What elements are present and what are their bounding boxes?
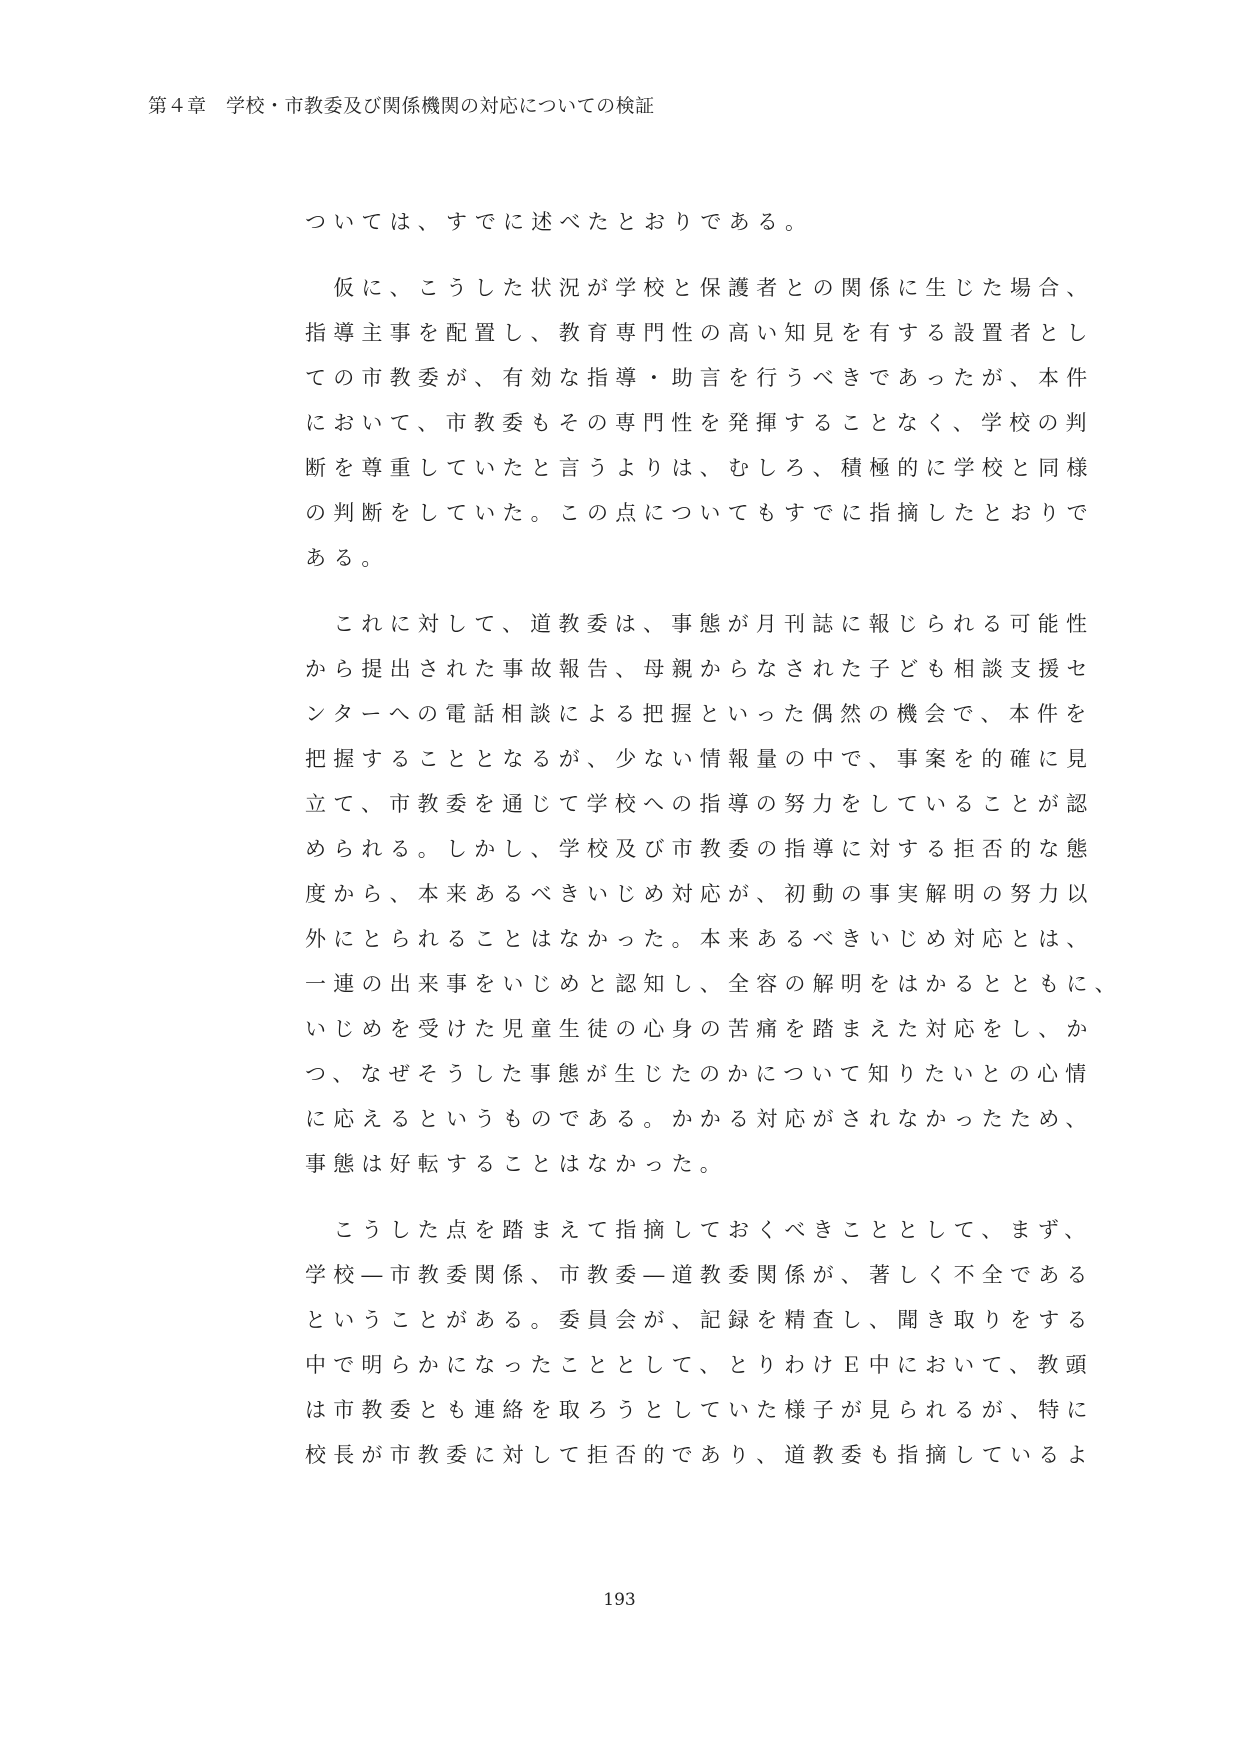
text-line: いじめを受けた児童生徒の心身の苦痛を踏まえた対応をし、か: [305, 1007, 1065, 1052]
paragraph-3: これに対して、道教委は、事態が月刊誌に報じられる可能性 から提出された事故報告、…: [305, 602, 1065, 1187]
text-line: ての市教委が、有効な指導・助言を行うべきであったが、本件: [305, 356, 1065, 401]
text-line: 指導主事を配置し、教育専門性の高い知見を有する設置者とし: [305, 311, 1065, 356]
text-line: こうした点を踏まえて指摘しておくべきこととして、まず、: [305, 1208, 1065, 1253]
text-line: 仮に、こうした状況が学校と保護者との関係に生じた場合、: [305, 266, 1065, 311]
text-line: 校長が市教委に対して拒否的であり、道教委も指摘しているよ: [305, 1433, 1065, 1478]
text-line: 外にとられることはなかった。本来あるべきいじめ対応とは、: [305, 917, 1065, 962]
text-line: に応えるというものである。かかる対応がされなかったため、: [305, 1097, 1065, 1142]
text-line: は市教委とも連絡を取ろうとしていた様子が見られるが、特に: [305, 1388, 1065, 1433]
paragraph-4: こうした点を踏まえて指摘しておくべきこととして、まず、 学校―市教委関係、市教委…: [305, 1208, 1065, 1478]
text-line: ということがある。委員会が、記録を精査し、聞き取りをする: [305, 1298, 1065, 1343]
text-line: 立て、市教委を通じて学校への指導の努力をしていることが認: [305, 782, 1065, 827]
text-line: つ、なぜそうした事態が生じたのかについて知りたいとの心情: [305, 1052, 1065, 1097]
text-line: 把握することとなるが、少ない情報量の中で、事案を的確に見: [305, 737, 1065, 782]
text-line: 度から、本来あるべきいじめ対応が、初動の事実解明の努力以: [305, 872, 1065, 917]
text-line: において、市教委もその専門性を発揮することなく、学校の判: [305, 401, 1065, 446]
text-line: 断を尊重していたと言うよりは、むしろ、積極的に学校と同様: [305, 446, 1065, 491]
text-line: められる。しかし、学校及び市教委の指導に対する拒否的な態: [305, 827, 1065, 872]
chapter-header: 第４章 学校・市教委及び関係機関の対応についての検証: [148, 91, 655, 118]
text-line: 一連の出来事をいじめと認知し、全容の解明をはかるとともに、: [305, 962, 1065, 1007]
text-line: ンターへの電話相談による把握といった偶然の機会で、本件を: [305, 692, 1065, 737]
text-line: これに対して、道教委は、事態が月刊誌に報じられる可能性: [305, 602, 1065, 647]
text-line: ある。: [305, 536, 1065, 581]
body-text: ついては、すでに述べたとおりである。 仮に、こうした状況が学校と保護者との関係に…: [305, 200, 1065, 1478]
paragraph-1: ついては、すでに述べたとおりである。: [305, 200, 1065, 245]
page-number: 193: [0, 1590, 1239, 1610]
text-line: から提出された事故報告、母親からなされた子ども相談支援セ: [305, 647, 1065, 692]
text-line: ついては、すでに述べたとおりである。: [305, 200, 1065, 245]
paragraph-2: 仮に、こうした状況が学校と保護者との関係に生じた場合、 指導主事を配置し、教育専…: [305, 266, 1065, 581]
text-line: 事態は好転することはなかった。: [305, 1142, 1065, 1187]
text-line: 中で明らかになったこととして、とりわけＥ中において、教頭: [305, 1343, 1065, 1388]
text-line: の判断をしていた。この点についてもすでに指摘したとおりで: [305, 491, 1065, 536]
text-line: 学校―市教委関係、市教委―道教委関係が、著しく不全である: [305, 1253, 1065, 1298]
